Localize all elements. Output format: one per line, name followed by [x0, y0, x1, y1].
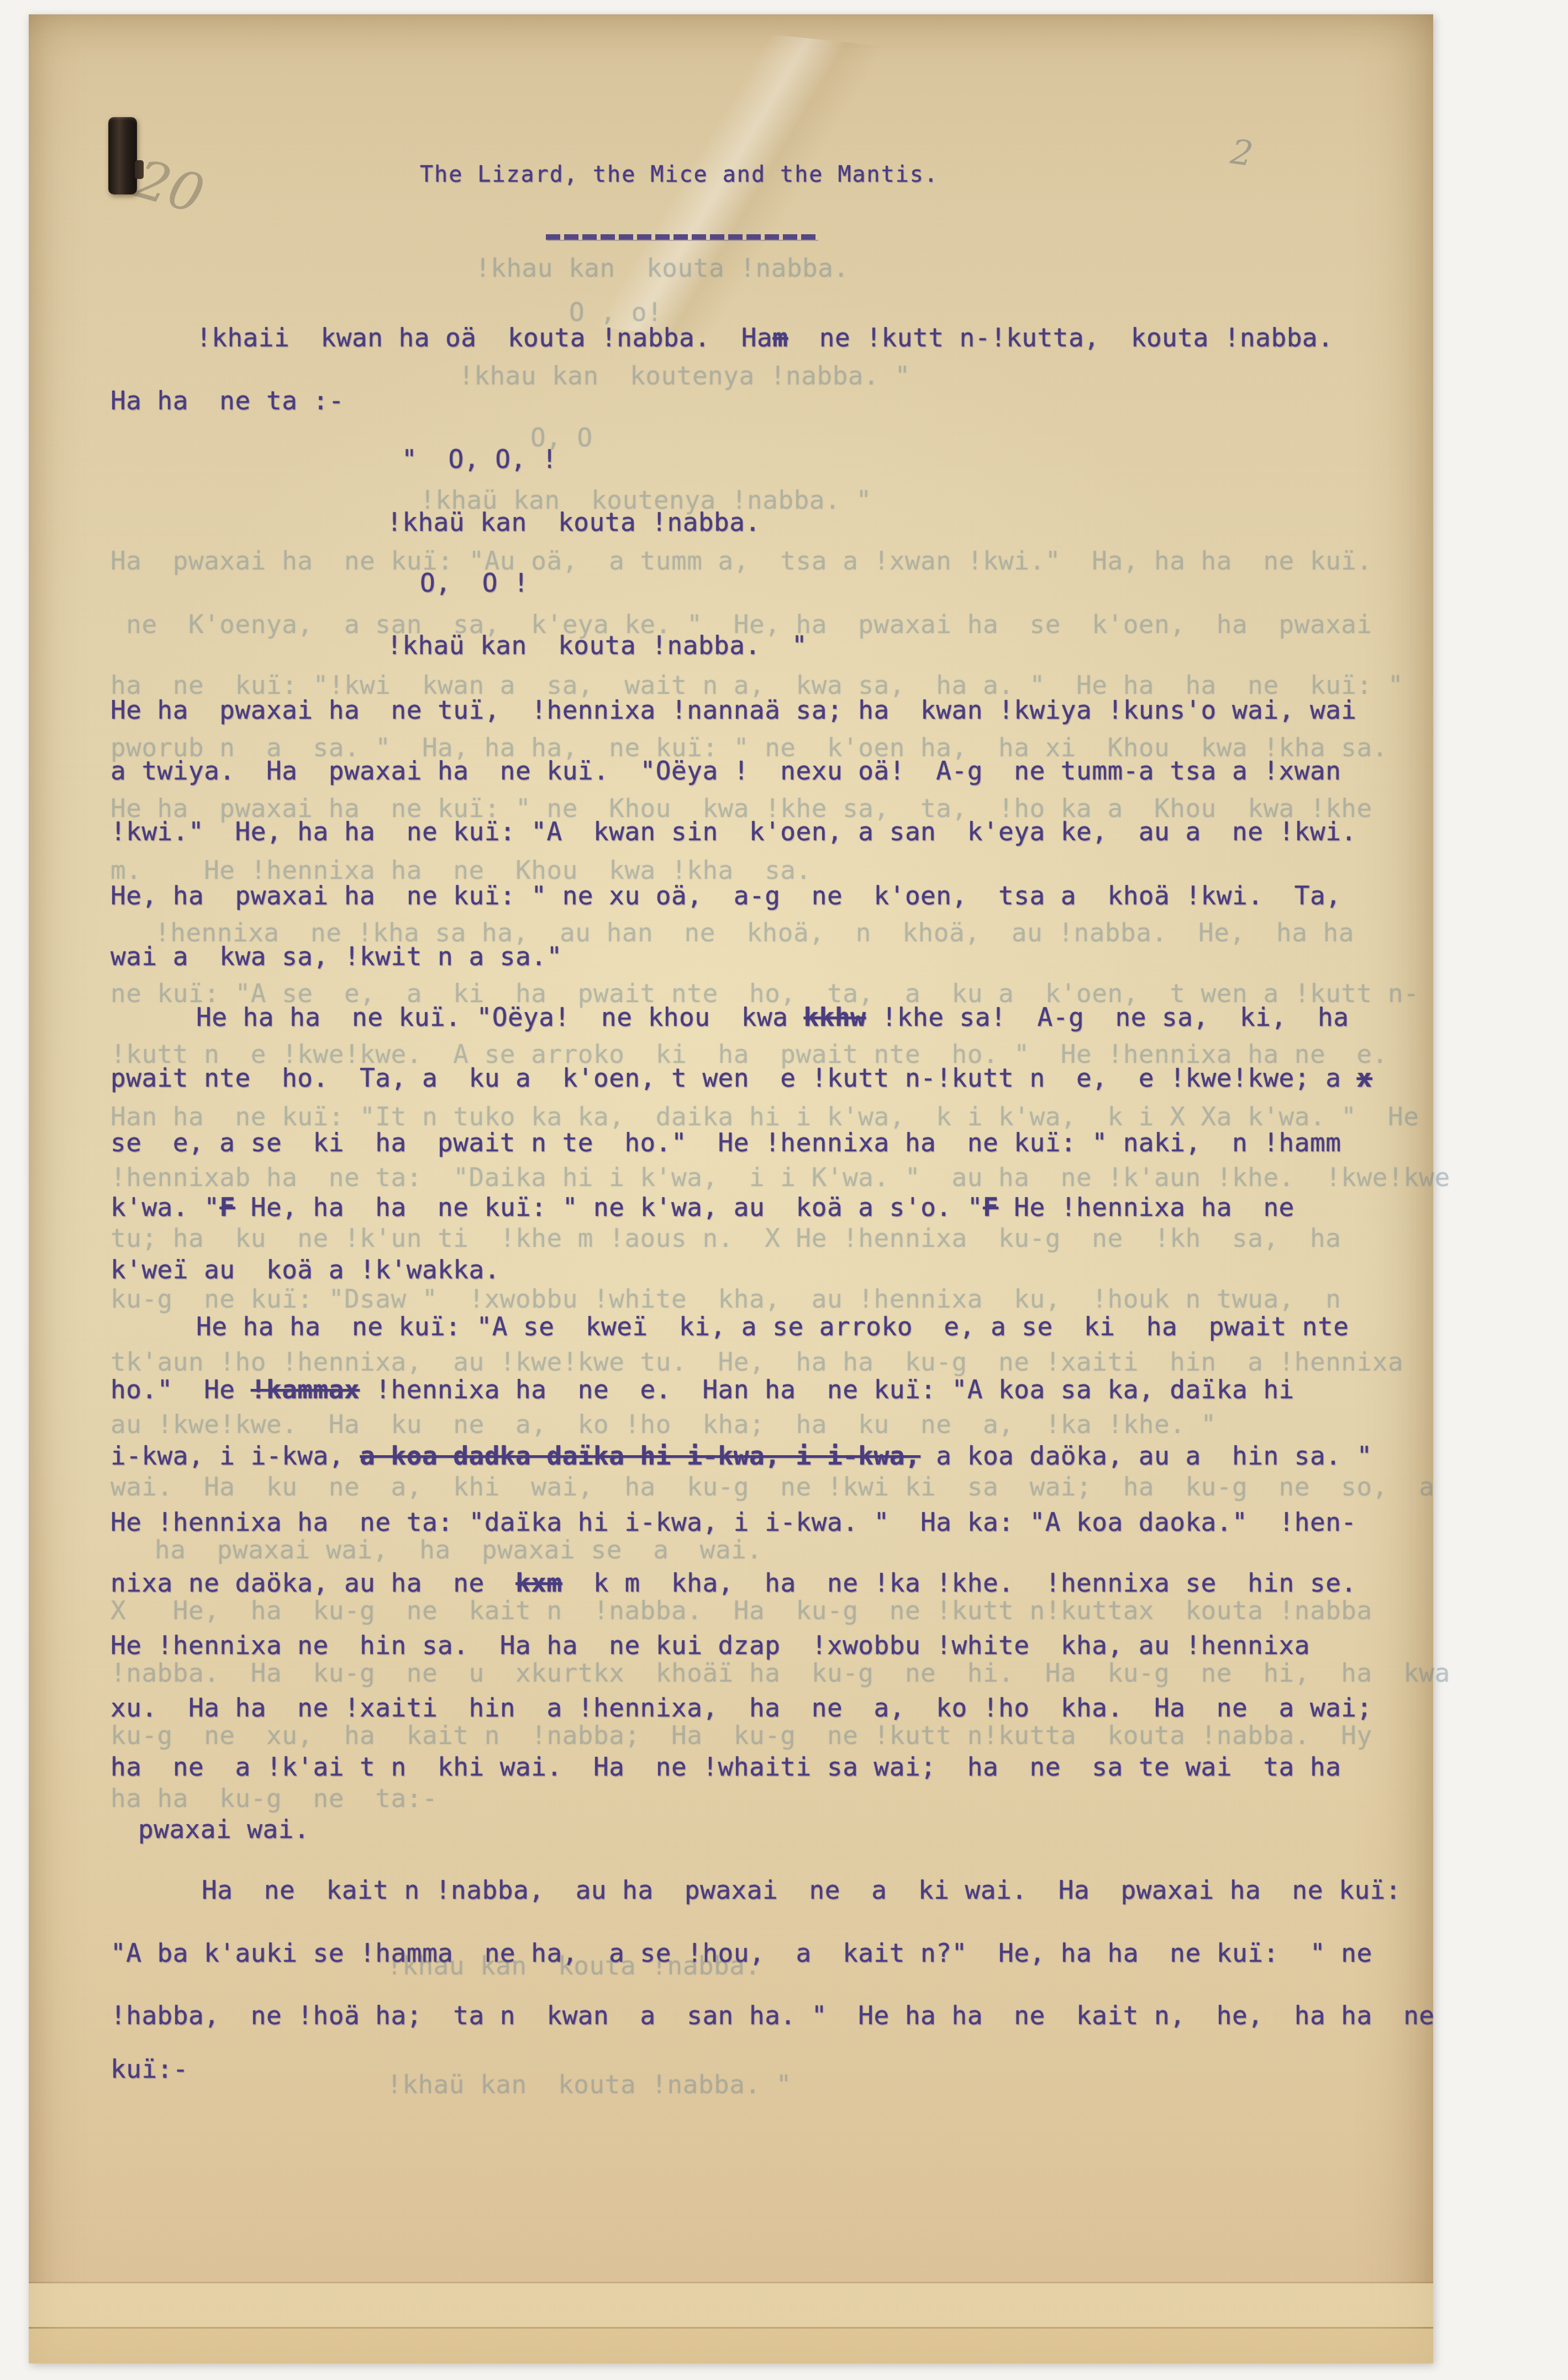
typewritten-line: Ha ha ne ta :-: [111, 384, 344, 417]
staple-fastener: [108, 117, 137, 194]
overstruck-text: x: [1357, 1063, 1372, 1093]
typewritten-line: ho." He !kammax !hennixa ha ne e. Han ha…: [111, 1373, 1295, 1406]
typewritten-line: se e, a se ki ha pwait n te ho." He !hen…: [111, 1126, 1341, 1159]
scanned-page-stage: !khau kan kouta !nabba.O , o!!khau kan k…: [0, 0, 1568, 2380]
typewritten-line: !khaii kwan ha oä kouta !nabba. Ham ne !…: [196, 321, 1333, 354]
typewritten-line: nixa ne daöka, au ha ne kxm k m kha, ha …: [111, 1566, 1357, 1599]
overstruck-text: kxm: [515, 1568, 562, 1598]
overstruck-text: F: [983, 1192, 998, 1222]
typewritten-line: pwaxai wai.: [138, 1813, 309, 1846]
typewritten-line: xu. Ha ha ne !xaiti hin a !hennixa, ha n…: [111, 1691, 1372, 1724]
typewritten-line: kuï:-: [111, 2052, 188, 2086]
story-title: The Lizard, the Mice and the Mantis.: [420, 160, 939, 189]
typewritten-line: Ha ne kait n !nabba, au ha pwaxai ne a k…: [202, 1873, 1401, 1907]
typewritten-line: He !hennixa ne hin sa. Ha ha ne kui dzap…: [111, 1629, 1310, 1662]
typewritten-line: !habba, ne !hoä ha; ta n kwan a san ha. …: [111, 1999, 1435, 2032]
typewritten-line: He, ha pwaxai ha ne kuï: " ne xu oä, a-g…: [111, 879, 1341, 912]
typewritten-line: !kwi." He, ha ha ne kuï: "A kwan sin k'o…: [111, 815, 1357, 848]
typewritten-line: O, O !: [420, 566, 529, 599]
typewritten-line: He ha pwaxai ha ne tuï, !hennixa !nannaä…: [111, 693, 1357, 726]
typewritten-line: k'wa. "F He, ha ha ne kuï: " ne k'wa, au…: [111, 1191, 1295, 1224]
overstruck-text: !kammax: [251, 1375, 360, 1404]
typewritten-line: He ha ha ne kuï: "A se kweï ki, a se arr…: [196, 1310, 1349, 1343]
typewritten-line: pwait nte ho. Ta, a ku a k'oen, t wen e …: [111, 1061, 1372, 1094]
overstruck-text: F: [219, 1192, 235, 1222]
typewritten-line: " O, O, !: [402, 443, 557, 476]
typewritten-line: k'weï au koä a !k'wakka.: [111, 1253, 500, 1286]
typewritten-line: He !hennixa ha ne ta: "daïka hi i-kwa, i…: [111, 1505, 1357, 1539]
typewritten-text: !khaii kwan ha oä kouta !nabba. Ham ne !…: [0, 0, 1568, 2380]
title-underline: [546, 234, 819, 240]
typewritten-line: !khaü kan kouta !nabba. ": [387, 629, 807, 662]
overstruck-text: kkhw: [804, 1002, 866, 1032]
overstruck-text: m: [772, 323, 788, 352]
typewritten-line: a twiya. Ha pwaxai ha ne kuï. "Oëya ! ne…: [111, 754, 1341, 787]
typewritten-line: He ha ha ne kuï. "Oëya! ne khou kwa kkhw…: [196, 1001, 1349, 1034]
typewritten-line: "A ba k'auki se !hamma ne ha, a se !hou,…: [111, 1936, 1372, 1970]
overstruck-text: a koa dadka daïka hi i-kwa, i i-kwa,: [360, 1441, 920, 1471]
typewritten-line: !khaü kan kouta !nabba.: [387, 506, 761, 539]
typewritten-line: ha ne a !k'ai t n khi wai. Ha ne !whaiti…: [111, 1750, 1341, 1783]
typewritten-line: i-kwa, i i-kwa, a koa dadka daïka hi i-k…: [111, 1439, 1372, 1472]
typewritten-line: wai a kwa sa, !kwit n a sa.": [111, 940, 562, 973]
